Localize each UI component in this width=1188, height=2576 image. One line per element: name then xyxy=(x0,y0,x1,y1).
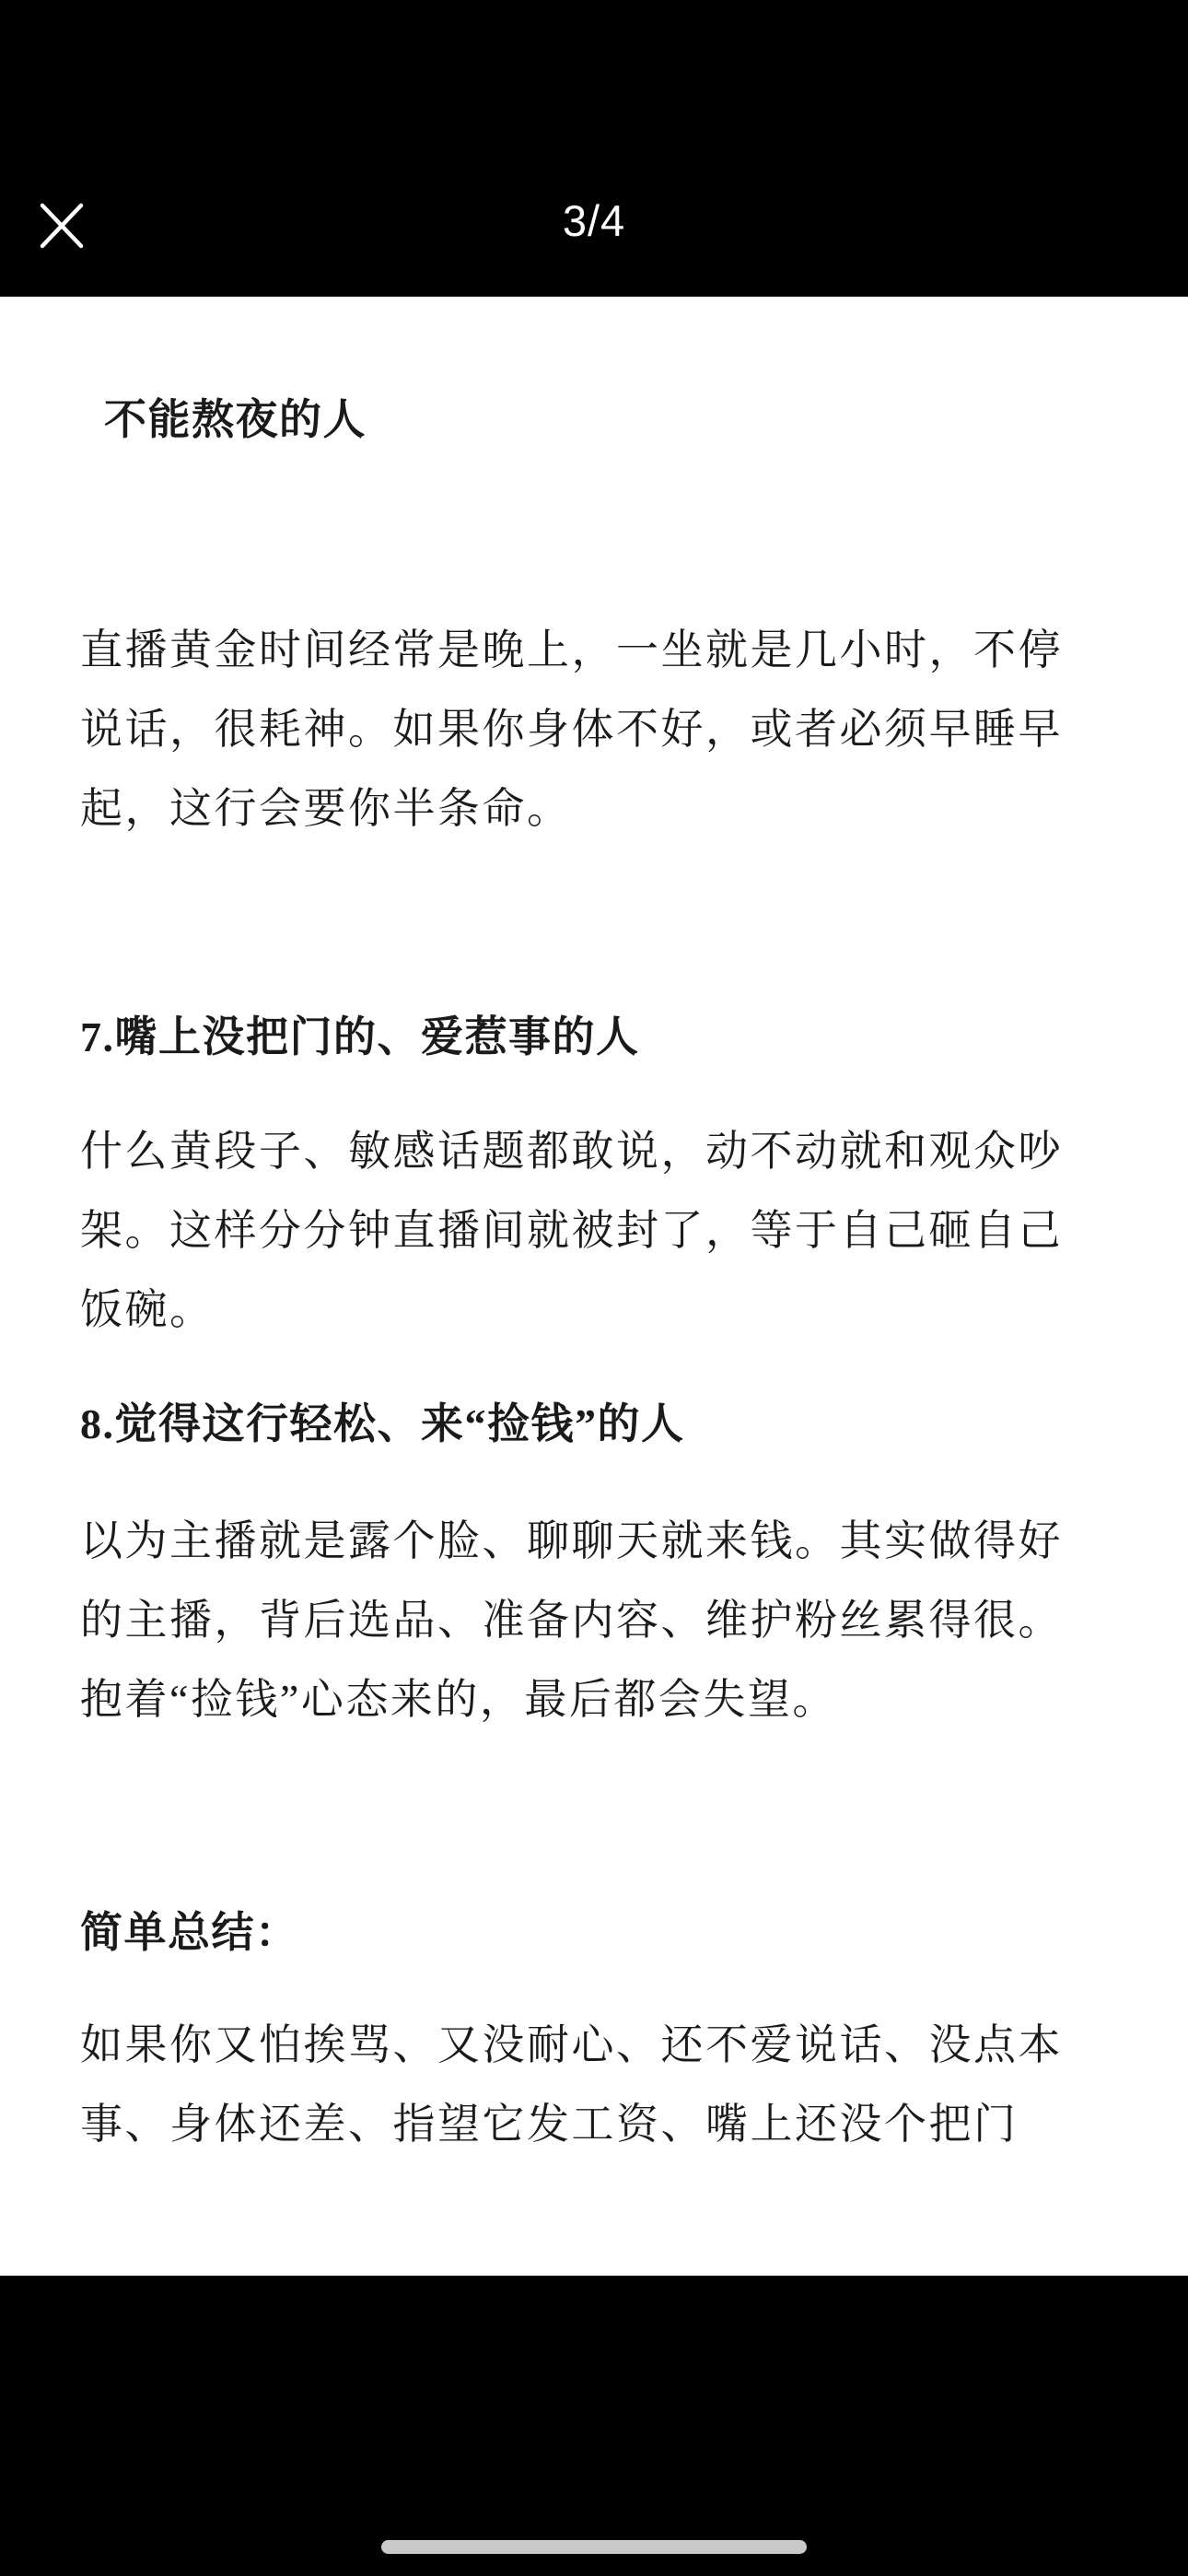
section-heading-8: 8.觉得这行轻松、来“捡钱”的人 xyxy=(80,1397,1108,1452)
image-viewer-screen: 3/4 不能熬夜的人 直播黄金时间经常是晚上，一坐就是几小时，不停 说话，很耗神… xyxy=(0,0,1188,2576)
section-heading-summary: 简单总结： xyxy=(80,1905,1108,1961)
document-page-image[interactable]: 不能熬夜的人 直播黄金时间经常是晚上，一坐就是几小时，不停 说话，很耗神。如果你… xyxy=(0,297,1188,2276)
section-paragraph: 如果你又怕挨骂、又没耐心、还不爱说话、没点本 事、身体还差、指望它发工资、嘴上还… xyxy=(80,2006,1108,2164)
home-indicator[interactable] xyxy=(381,2540,807,2554)
section-paragraph: 以为主播就是露个脸、聊聊天就来钱。其实做得好 的主播，背后选品、准备内容、维护粉… xyxy=(80,1502,1108,1739)
section-paragraph: 什么黄段子、敏感话题都敢说，动不动就和观众吵 架。这样分分钟直播间就被封了，等于… xyxy=(80,1112,1108,1350)
section-heading-7: 7.嘴上没把门的、爱惹事的人 xyxy=(80,1010,1108,1065)
section-paragraph: 直播黄金时间经常是晚上，一坐就是几小时，不停 说话，很耗神。如果你身体不好，或者… xyxy=(80,611,1108,849)
bottom-bar xyxy=(0,2276,1188,2576)
page-indicator: 3/4 xyxy=(0,192,1188,251)
viewer-header: 3/4 xyxy=(0,166,1188,297)
section-heading-cannot-stay-up-late: 不能熬夜的人 xyxy=(80,392,1108,448)
